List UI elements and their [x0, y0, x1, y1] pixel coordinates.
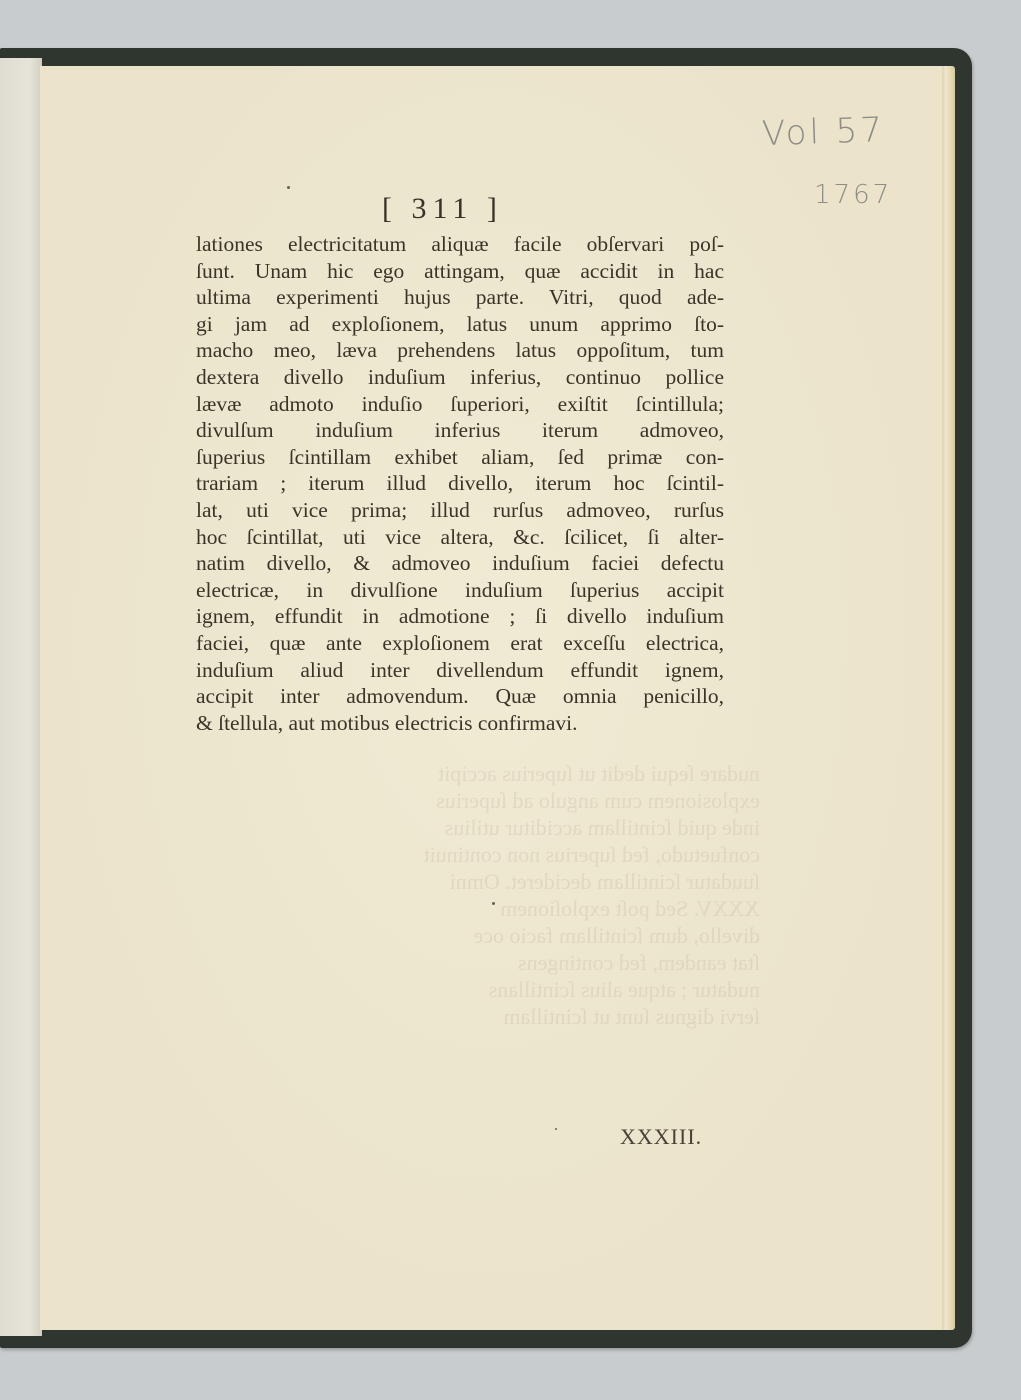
left-facing-page — [0, 58, 42, 1336]
text-line: gi jam ad exploſionem, latus unum apprim… — [196, 311, 724, 338]
text-line: macho meo, læva prehendens latus oppoſit… — [196, 337, 724, 364]
text-line: & ſtellula, aut motibus electricis confi… — [196, 710, 724, 737]
text-line: induſium aliud inter divellendum effundi… — [196, 657, 724, 684]
text-line: trariam ; iterum illud divello, iterum h… — [196, 470, 724, 497]
text-line: lævæ admoto induſio ſuperiori, exiſtit ſ… — [196, 391, 724, 418]
ink-speck — [287, 186, 290, 189]
text-line: natim divello, & admoveo induſium faciei… — [196, 550, 724, 577]
body-text: lationes electricitatum aliquæ facile ob… — [196, 231, 724, 736]
ink-speck — [555, 1128, 557, 1130]
text-line: lationes electricitatum aliquæ facile ob… — [196, 231, 724, 258]
text-line: ſunt. Unam hic ego attingam, quæ accidit… — [196, 258, 724, 285]
text-line: ignem, effundit in admotione ; ſi divell… — [196, 603, 724, 630]
text-line: ſuperius ſcintillam exhibet aliam, ſed p… — [196, 444, 724, 471]
pencil-annotation-volume: Vol 57 — [761, 110, 885, 154]
catchword: XXXIII. — [620, 1124, 702, 1150]
text-line: dextera divello induſium inferius, conti… — [196, 364, 724, 391]
pencil-annotation-year: 1767 — [814, 180, 892, 210]
text-line: ultima experimenti hujus parte. Vitri, q… — [196, 284, 724, 311]
text-line: hoc ſcintillat, uti vice altera, &c. ſci… — [196, 524, 724, 551]
text-line: divulſum induſium inferius iterum admove… — [196, 417, 724, 444]
ink-speck — [492, 902, 495, 905]
text-line: faciei, quæ ante exploſionem erat exceſſ… — [196, 630, 724, 657]
page-number: [ 311 ] — [382, 192, 503, 226]
text-line: accipit inter admovendum. Quæ omnia peni… — [196, 683, 724, 710]
text-line: lat, uti vice prima; illud rurſus admove… — [196, 497, 724, 524]
text-line: electricæ, in divulſione induſium ſuperi… — [196, 577, 724, 604]
